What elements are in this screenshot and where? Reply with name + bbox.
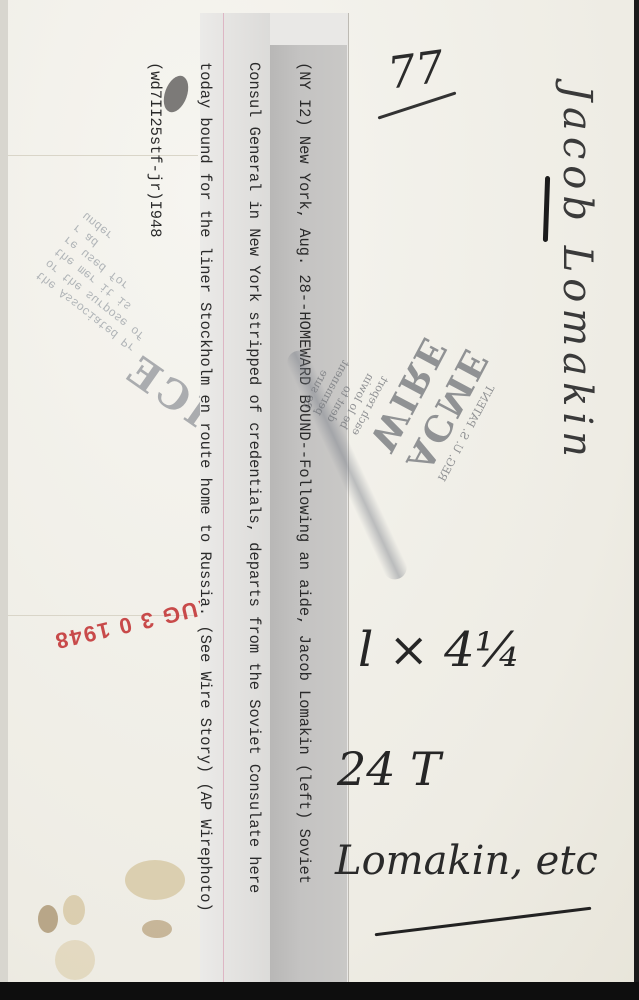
caption-text: (NY I2) New York, Aug. 28--HOMEWARD BOUN… [275,62,345,942]
handwritten-subject: Lomakin, etc [335,838,598,884]
handwritten-dimension-2: 24 T [337,742,441,796]
stain [63,895,85,925]
scan-right-edge [634,0,639,982]
caption-line: today bound for the liner Stockholm en r… [197,62,214,942]
handwritten-dimension: l × 4¼ [358,622,521,678]
stain [55,940,95,980]
handwritten-name: Jacob Lomakin [554,85,600,463]
caption-line: (NY I2) New York, Aug. 28--HOMEWARD BOUN… [296,62,313,942]
stain [38,905,58,933]
scan-left-edge [0,0,8,1000]
handwritten-number: 77 [385,41,448,99]
scan-bottom-edge [0,982,639,1000]
caption-line: (wd7II25stf-jr)I948 [147,62,164,942]
caption-line: Consul General in New York stripped of c… [246,62,263,942]
